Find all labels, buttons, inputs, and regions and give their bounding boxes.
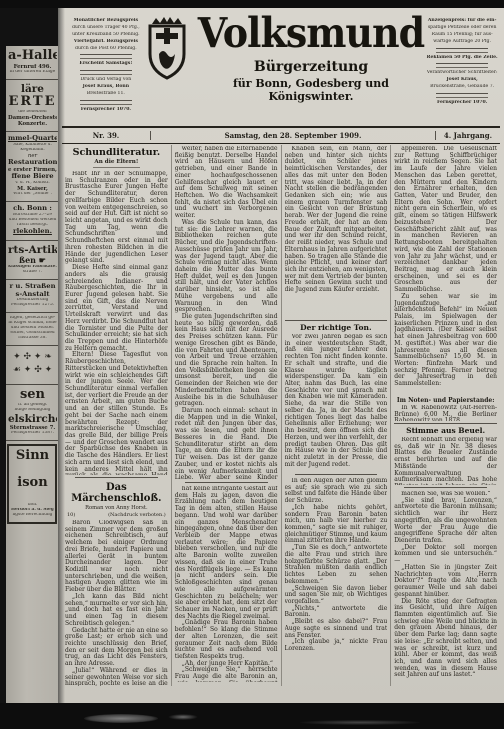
masthead-info-line [436, 63, 488, 68]
backdrop-highlight [300, 720, 420, 725]
article-text-segment: appellieren. Die Gesellschaft zur Rettun… [394, 146, 497, 396]
page-fold-shadow [58, 8, 65, 704]
backdrop-highlight [168, 714, 198, 720]
ad-line: s-Anstalt [8, 291, 57, 299]
coat-of-arms-icon [144, 16, 190, 82]
article-paragraph: In W. Rabenowitz (Alt-Herren-Brünne) 6,0… [394, 405, 497, 421]
ad-line: ffene Biere [8, 173, 57, 181]
article-paragraph: Die guten Jugendschriften sind heute so … [175, 314, 278, 408]
masthead-info-line: Breitestraße 11. [68, 91, 144, 98]
masthead-info-line: Erscheint Samstags! [68, 61, 144, 68]
article-paragraph: „Ich glaube ja,“ nickte Frau Lorenzen. [285, 639, 388, 652]
column-rule [185, 482, 268, 484]
newspaper-title: Volksmund [198, 12, 425, 53]
masthead-info-line: spaltige Petitzeile oder deren [424, 25, 500, 32]
ad-line: läre [8, 83, 57, 95]
side-ad: senfl. an geneigtndige Reinigungelskirch… [6, 385, 58, 441]
subscription-info-box: Monatlicher Bezugspreisdurch unsere Träg… [68, 14, 144, 124]
article-text-segment: weiter, haben die Elternabende fleißig b… [175, 146, 278, 480]
serial-number: 10) [67, 512, 75, 518]
masthead-info-line [80, 70, 132, 75]
column-3: Knaben sein, ein Mann, der neben und hin… [281, 145, 391, 686]
side-ad: r u. Straßens-AnstaltDesinfizierungFerns… [6, 280, 58, 314]
backdrop-highlight [84, 714, 158, 723]
article-text-segment: Habt Ihr in der Schulmappe, im Schulranz… [65, 171, 168, 475]
newspaper-page: Monatlicher Bezugspreisdurch unsere Träg… [58, 8, 504, 704]
masthead-info-line: Fernsprecher 1070. [424, 100, 500, 107]
side-ad: mmel-Quartett.Säle, Kabinette u.Kegelbah… [6, 132, 58, 202]
ad-line: ch. Bonn : [8, 205, 57, 213]
masthead-info-line [80, 54, 132, 59]
section-headline: Der richtige Ton. [285, 320, 388, 334]
article-paragraph: weiter, haben die Elternabende fleißig b… [175, 146, 278, 220]
ad-line [11, 464, 54, 476]
masthead-info-line: Druck und Verlag von [68, 77, 144, 84]
article-text-segment: Recht lebhaft und ergiebig war es, daß w… [394, 437, 497, 485]
masthead-info-line: wärtige Aufträge 20 Pfg. [424, 39, 500, 46]
ad-line: mmel-Quartett. [8, 135, 57, 143]
ad-line: straße 7. [8, 270, 57, 275]
serial-notice: (Nachdruck verboten.) [108, 512, 166, 518]
ad-line: rnstrasse 38. [8, 336, 57, 341]
issue-number: Nr. 39. [62, 131, 151, 140]
article-text-segment: In W. Rabenowitz (Alt-Herren-Brünne) 6,0… [394, 405, 497, 421]
side-ad: ltigen, gesetzlich ge-in Kugel schmal, h… [6, 313, 58, 346]
ad-line: ERTE [8, 95, 57, 110]
article-paragraph: „Sie sind brav, Lorenzen,“ antwortete di… [394, 498, 497, 545]
serial-title: Das Märchenschloß. [65, 482, 168, 504]
article-paragraph: „Julia!“ Während er dies in seiner gewoh… [65, 668, 168, 686]
article-paragraph: „Schweigen Sie davon lieber und sagen Si… [285, 586, 388, 606]
ad-line: Fernsprecher 1387. [8, 431, 57, 436]
masthead-info-line: durch die Post 60 Pfennig. [68, 46, 144, 53]
article-paragraph: hat keine intrigante Gestalt auf dem Hal… [175, 486, 278, 620]
serial-header: Das Märchenschloß.Roman von Anny Horst.1… [65, 481, 168, 520]
masthead-info-line: Reklamen 50 Pfg. die Zeile. [424, 55, 500, 62]
volume-label: 4. Jahrgang. [436, 131, 500, 140]
article-subhead: An die Eltern! [93, 159, 140, 168]
article-text-segment: Knaben sein, ein Mann, der neben und hin… [285, 146, 388, 318]
article-paragraph: Diese Hefte sind einmal ganz anders als … [65, 265, 168, 352]
photo-backdrop-bottom [0, 703, 504, 729]
masthead-info-line: unter Kreuzband 50 Pfennig. [68, 32, 144, 39]
ad-line: ligste Berechnung [11, 513, 54, 518]
article-paragraph: „Tun Sie es doch,“ antwortete die alte F… [285, 545, 388, 585]
article-paragraph: „Ich kann das Bild nicht sehen,“ murmelt… [65, 594, 168, 628]
ad-line: Konzerte. [8, 121, 57, 127]
article-paragraph: Was die Schule tun kann, das tut sie: di… [175, 220, 278, 314]
ornament-ad-art: ✦ ✣ ✦ ❧ ☙ ✦ ✣ ✦ [8, 349, 57, 380]
column-rule [295, 474, 378, 476]
masthead: Monatlicher Bezugspreisdurch unsere Träg… [58, 8, 504, 126]
article-paragraph: „Ich habe nichts gehört, sondern Frau Ba… [285, 505, 388, 545]
article-paragraph: Recht lebhaft und ergiebig war es, daß w… [394, 437, 497, 485]
article-paragraph: Darum noch einmal: schaut in die Mappen … [175, 408, 278, 480]
ad-line: Restauration, [8, 159, 57, 167]
side-ad: ✦ ✣ ✦ ❧ ☙ ✦ ✣ ✦ [6, 346, 58, 385]
masthead-info-line [80, 100, 132, 105]
article-paragraph: „Der Doktor soll morgen kommen und sie u… [394, 545, 497, 565]
article-paragraph: Gedacht hatte er nie an eine so große La… [65, 628, 168, 668]
side-ad: läreERTEdie beliebtenDamen-OrchesterKonz… [6, 80, 58, 132]
column-1: Schundliteratur.An die Eltern!Habt Ihr i… [62, 145, 171, 686]
newspaper-region-line: für Bonn, Godesberg und Königswinter. [198, 77, 425, 103]
article-paragraph: Vor zwei Jahren begab es sich in einer w… [285, 334, 388, 468]
issue-date: Samstag, den 28. September 1909. [151, 131, 436, 140]
masthead-info-line: Brückenstraße, Gebäude 7. [424, 84, 500, 91]
dateline: Nr. 39. Samstag, den 28. September 1909.… [62, 126, 500, 144]
column-rule [404, 487, 487, 489]
side-ad: rts-Artikel,ßen ☛klassigen Fabrikate.str… [6, 241, 58, 280]
article-headline: Schundliteratur. [65, 146, 168, 159]
masthead-info-line: Josef Kraus, [424, 77, 500, 84]
article-paragraph: Knaben sein, ein Mann, der neben und hin… [285, 146, 388, 294]
newspaper-subtitle: Bürgerzeitung [198, 59, 425, 75]
article-text-segment: In den Augen der Alten glomm es auf; sie… [285, 478, 388, 684]
masthead-info-line: Vierteljährl. Bezugspreis [68, 39, 144, 46]
column-rule [75, 477, 158, 479]
newspaper-scan: a-HalleFernruf 496.in der unteren Etagel… [0, 0, 504, 729]
section-headline: Stimme aus Beuel. [394, 423, 497, 437]
article-text-segment: machen Sie, was Sie wollen.“„Sie sind br… [394, 491, 497, 686]
article-paragraph: appellieren. Die Gesellschaft zur Rettun… [394, 146, 497, 294]
masthead-info-line [436, 93, 488, 98]
ad-line [11, 491, 54, 503]
photo-backdrop-top [0, 0, 504, 8]
column-2: weiter, haben die Elternabende fleißig b… [171, 145, 281, 686]
side-ad: Sinnisontion.Herdorf a. d. Sieg.ligste B… [7, 444, 57, 524]
masthead-info-line: Fernsprecher 1070. [68, 107, 144, 114]
ad-line: rts-Artikel, [8, 244, 57, 256]
masthead-info-line: Raum 15 Pfennig; für aus- [424, 32, 500, 39]
masthead-info-line: Josef Kraus, Bonn [68, 84, 144, 91]
side-ad: a-HalleFernruf 496.in der unteren Etage [6, 46, 58, 80]
article-text-segment: Baron Clodwigsen saß in seinem Zimmer vo… [65, 520, 168, 686]
article-paragraph: „Nichts,“ antwortete die Baronin. [285, 606, 388, 619]
masthead-info-line: Anzeigenpreis: für die ein- [424, 18, 500, 25]
side-page-ads: a-HalleFernruf 496.in der unteren Etagel… [6, 46, 58, 712]
ad-line: Wirt der „Sonne“. [8, 192, 57, 197]
masthead-info-line: durch unsere Träger 40 Pfg., [68, 25, 144, 32]
article-paragraph: „Schweigen Sie,“ herrschte Frau Auge die… [175, 667, 278, 682]
ad-line: elskirchen [8, 413, 57, 425]
article-paragraph: „Gnädige Frau Baronin haben befohlen!“ S… [175, 620, 278, 660]
ad-line: ßen ☛ [8, 256, 57, 265]
article-paragraph: „Hatten Sie in jüngster Zeit Nachrichten… [394, 565, 497, 599]
article-paragraph: „Bleibt es also dabei?“ Frau Auge sagte … [285, 619, 388, 639]
ad-line: Fernsprecher 1275. [8, 303, 57, 308]
article-paragraph: Zu sehen war sie im Jugendaufzuge, „auf … [394, 294, 497, 388]
ad-line: r u. Straßen [8, 283, 57, 291]
ad-line: Sinn [11, 449, 54, 464]
masthead-titles: Volksmund Bürgerzeitung für Bonn, Godesb… [198, 14, 425, 103]
article-paragraph: In den Augen der Alten glomm es auf; sie… [285, 478, 388, 505]
article-text-segment: hat keine intrigante Gestalt auf dem Hal… [175, 486, 278, 682]
masthead-info-line: Monatlicher Bezugspreis [68, 18, 144, 25]
bold-center-line: Im Noten- und Papierstande: [394, 396, 497, 405]
article-paragraph: Baron Clodwigsen saß in seinem Zimmer vo… [65, 520, 168, 594]
article-columns: Schundliteratur.An die Eltern!Habt Ihr i… [62, 145, 500, 686]
masthead-info-line [436, 48, 488, 53]
article-paragraph: Eltern! Diese Tagesflut von Räubergeschi… [65, 352, 168, 475]
ad-line: in der unteren Etage [8, 70, 57, 75]
side-ad: ch. Bonn :Bürostraße 27–29und Bestellen … [6, 202, 58, 240]
serial-meta-row: 10)(Nachdruck verboten.) [65, 511, 168, 518]
article-paragraph: Die Röte stieg der Gefragten ins Gesicht… [394, 599, 497, 680]
column-4: appellieren. Die Gesellschaft zur Rettun… [390, 145, 500, 686]
article-text-segment: Vor zwei Jahren begab es sich in einer w… [285, 334, 388, 472]
ad-line: sen [8, 388, 57, 403]
advertising-info-box: Anzeigenpreis: für die ein-spaltige Peti… [424, 14, 500, 124]
ad-line: rlekohlen. [8, 228, 57, 236]
article-paragraph: Habt Ihr in der Schulmappe, im Schulranz… [65, 171, 168, 265]
masthead-center: Volksmund Bürgerzeitung für Bonn, Godesb… [144, 14, 425, 124]
masthead-info-line: Verantwortlicher Schriftleiter: [424, 70, 500, 77]
ad-line: a-Halle [8, 49, 57, 64]
ad-line: ison [11, 476, 54, 491]
